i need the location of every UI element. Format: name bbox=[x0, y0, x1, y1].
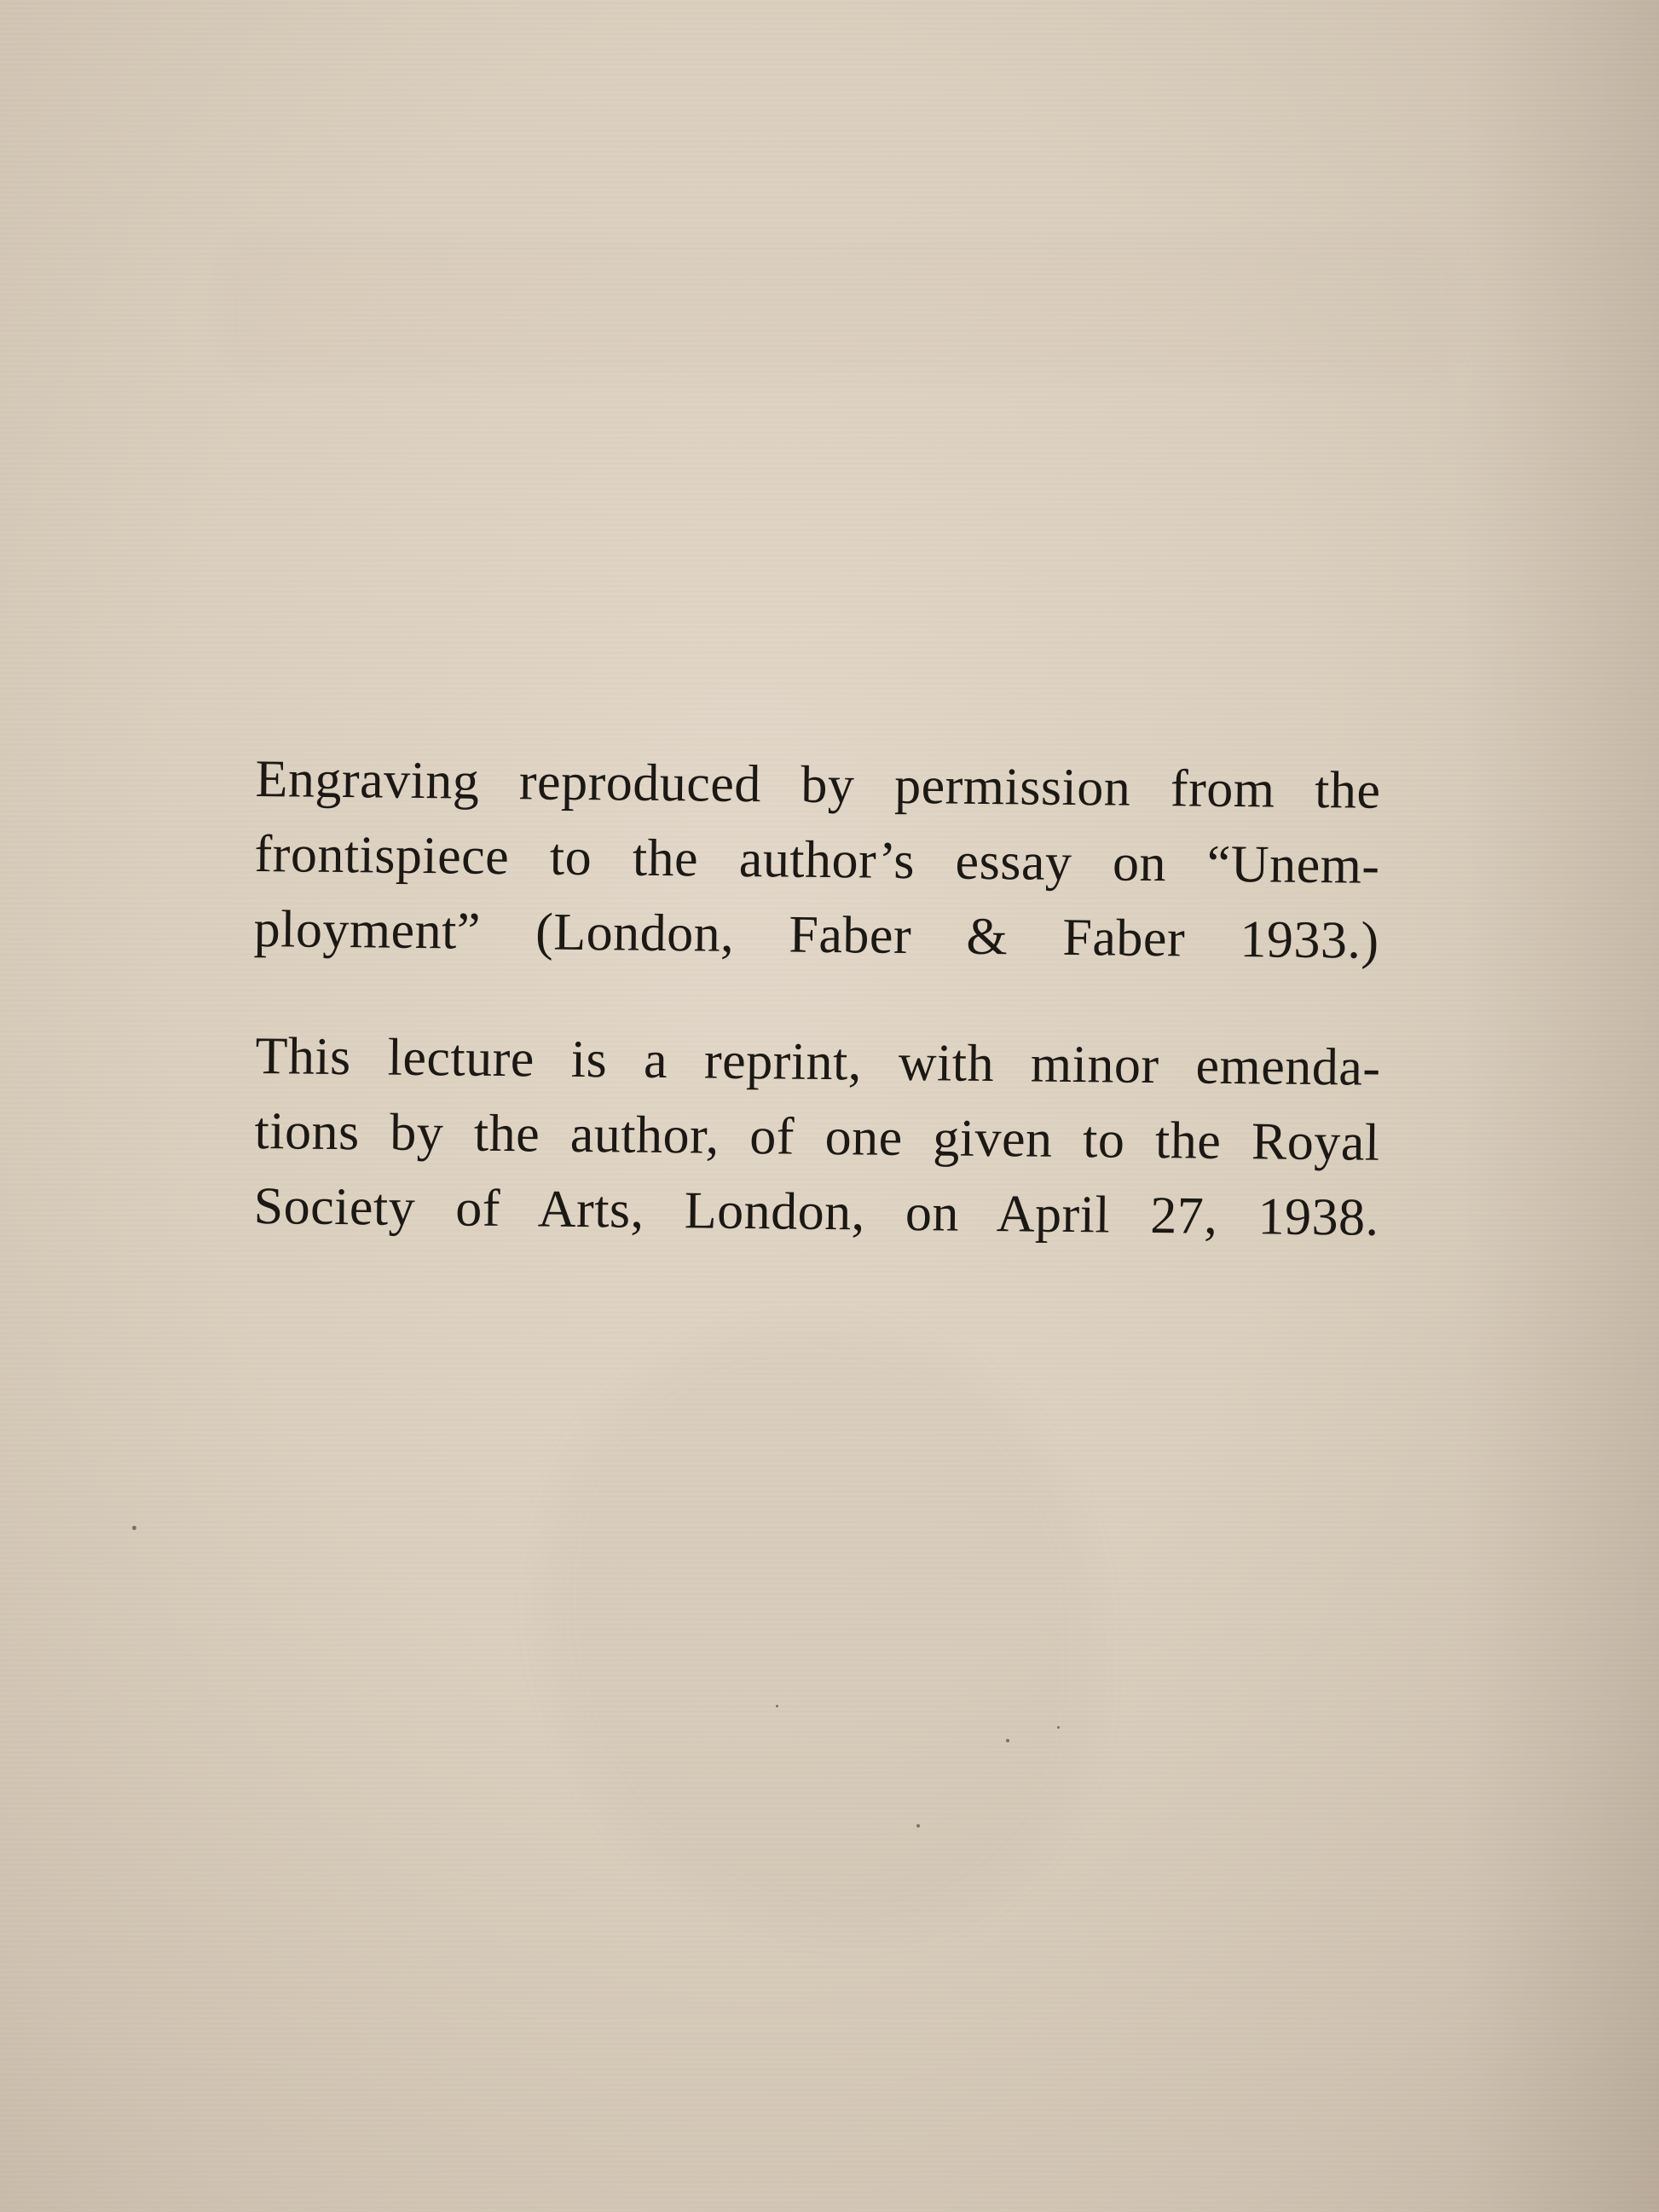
book-page: Engraving reproduced by permission from … bbox=[0, 0, 1659, 2212]
show-through-engraving bbox=[546, 1330, 1091, 1926]
engraving-credit-paragraph: Engraving reproduced by permission from … bbox=[253, 742, 1381, 979]
text-line: Engraving reproduced by permission from … bbox=[255, 742, 1381, 829]
paper-speck bbox=[1006, 1739, 1009, 1742]
text-line: Society of Arts, London, on April 27, 19… bbox=[253, 1169, 1379, 1256]
paper-speck bbox=[776, 1705, 778, 1707]
paper-speck bbox=[132, 1526, 136, 1530]
paper-speck bbox=[916, 1824, 920, 1828]
text-line: tions by the author, of one given to the… bbox=[254, 1094, 1380, 1181]
show-through-title bbox=[222, 239, 1458, 375]
paper-speck bbox=[1057, 1726, 1060, 1729]
lecture-note-paragraph: This lecture is a reprint, with minor em… bbox=[253, 1019, 1381, 1256]
text-line: This lecture is a reprint, with minor em… bbox=[255, 1019, 1381, 1106]
text-line: ployment” (London, Faber & Faber 1933.) bbox=[253, 892, 1379, 979]
text-line: frontispiece to the author’s essay on “U… bbox=[254, 817, 1380, 904]
